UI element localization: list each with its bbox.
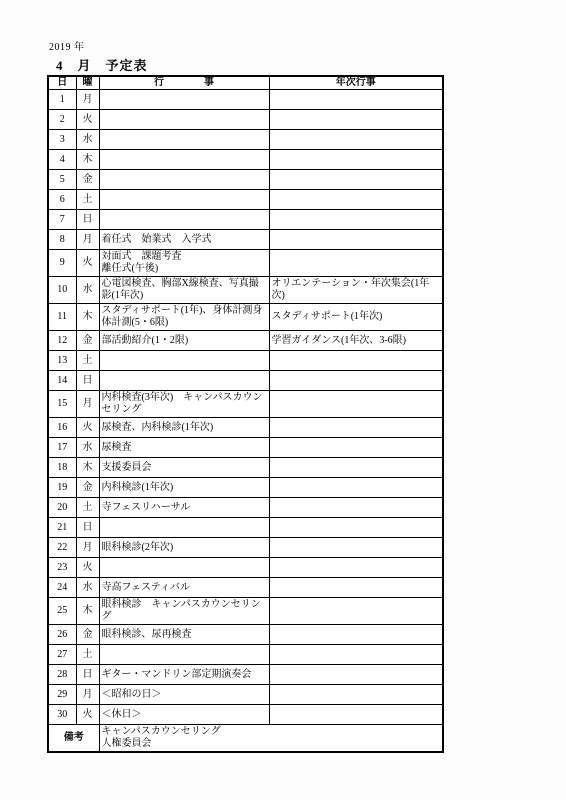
events-cell [99,351,269,371]
day-number-cell: 12 [48,331,76,351]
events-cell: 尿検査 [99,438,269,458]
schedule-page: 2019 年 4 月 予定表 日 曜 行 事 年次行事 1 月 2 火 [0,0,566,800]
weekday-cell: 月 [76,90,99,110]
events-cell [99,371,269,391]
weekday-cell: 日 [76,665,99,685]
events-cell [99,645,269,665]
table-row: 15 月 内科検査(3年次) キャンパスカウンセリング [48,391,443,418]
day-number-cell: 27 [48,645,76,665]
annual-events-cell [269,130,443,150]
weekday-cell: 土 [76,190,99,210]
day-number-cell: 16 [48,418,76,438]
day-number-cell: 25 [48,598,76,625]
title-block: 2019 年 4 月 予定表 [49,42,148,74]
weekday-cell: 木 [76,150,99,170]
table-row: 9 火 対面式 課題考査 離任式(午後) [48,250,443,277]
events-cell [99,518,269,538]
day-number-cell: 20 [48,498,76,518]
day-number-cell: 11 [48,304,76,331]
weekday-cell: 月 [76,230,99,250]
events-cell: 支援委員会 [99,458,269,478]
weekday-cell: 月 [76,685,99,705]
events-cell: 眼科検診(2年次) [99,538,269,558]
table-row: 10 水 心電図検査、胸部X線検査、写真撮影(1年次) オリエンテーション・年次… [48,277,443,304]
weekday-cell: 水 [76,277,99,304]
table-row: 16 火 尿検査、内科検診(1年次) [48,418,443,438]
day-number-cell: 8 [48,230,76,250]
events-cell: 眼科検診、尿再検査 [99,625,269,645]
schedule-table: 日 曜 行 事 年次行事 1 月 2 火 3 水 4 木 [47,75,444,753]
col-header-annual: 年次行事 [269,76,443,90]
events-cell [99,190,269,210]
day-number-cell: 21 [48,518,76,538]
annual-events-cell [269,170,443,190]
annual-events-cell [269,351,443,371]
day-number-cell: 9 [48,250,76,277]
col-header-day: 日 [48,76,76,90]
annual-events-cell [269,458,443,478]
annual-events-cell [269,645,443,665]
annual-events-cell [269,538,443,558]
events-cell: 寺高フェスティバル [99,578,269,598]
annual-events-cell [269,371,443,391]
events-cell: 内科検診(1年次) [99,478,269,498]
annual-events-cell [269,110,443,130]
table-row: 20 土 寺フェスリハーサル [48,498,443,518]
day-number-cell: 18 [48,458,76,478]
annual-events-cell [269,625,443,645]
day-number-cell: 14 [48,371,76,391]
weekday-cell: 日 [76,518,99,538]
annual-events-cell [269,478,443,498]
events-cell: 心電図検査、胸部X線検査、写真撮影(1年次) [99,277,269,304]
annual-events-cell [269,391,443,418]
weekday-cell: 火 [76,250,99,277]
table-row: 8 月 着任式 始業式 入学式 [48,230,443,250]
annual-events-cell: 学習ガイダンス(1年次、3-6限) [269,331,443,351]
weekday-cell: 火 [76,110,99,130]
table-row: 30 火 ＜休日＞ [48,705,443,725]
annual-events-cell [269,230,443,250]
table-row: 29 月 ＜昭和の日＞ [48,685,443,705]
weekday-cell: 木 [76,304,99,331]
annual-events-cell [269,598,443,625]
table-row: 5 金 [48,170,443,190]
weekday-cell: 水 [76,578,99,598]
events-cell [99,90,269,110]
table-row: 26 金 眼科検診、尿再検査 [48,625,443,645]
weekday-cell: 月 [76,391,99,418]
events-cell: 部活動紹介(1・2限) [99,331,269,351]
annual-events-cell [269,578,443,598]
events-cell [99,210,269,230]
annual-events-cell [269,90,443,110]
weekday-cell: 火 [76,705,99,725]
events-cell: スタディサポート(1年)、身体計測身体計測(5・6限) [99,304,269,331]
weekday-cell: 火 [76,418,99,438]
remarks-label: 備考 [48,725,99,753]
col-header-weekday: 曜 [76,76,99,90]
day-number-cell: 3 [48,130,76,150]
day-number-cell: 6 [48,190,76,210]
annual-events-cell [269,418,443,438]
weekday-cell: 月 [76,538,99,558]
day-number-cell: 30 [48,705,76,725]
day-number-cell: 22 [48,538,76,558]
table-footer: 備考 キャンパスカウンセリング 人権委員会 [48,725,443,753]
table-row: 21 日 [48,518,443,538]
table-row: 27 土 [48,645,443,665]
table-row: 6 土 [48,190,443,210]
annual-events-cell [269,250,443,277]
annual-events-cell [269,558,443,578]
annual-events-cell [269,665,443,685]
table-row: 19 金 内科検診(1年次) [48,478,443,498]
table-row: 18 木 支援委員会 [48,458,443,478]
events-cell: 寺フェスリハーサル [99,498,269,518]
events-cell: 眼科検診 キャンパスカウンセリング [99,598,269,625]
table-row: 2 火 [48,110,443,130]
day-number-cell: 2 [48,110,76,130]
day-number-cell: 23 [48,558,76,578]
weekday-cell: 火 [76,558,99,578]
weekday-cell: 土 [76,645,99,665]
annual-events-cell: スタディサポート(1年次) [269,304,443,331]
table-row: 3 水 [48,130,443,150]
table-row: 17 水 尿検査 [48,438,443,458]
events-cell [99,130,269,150]
remarks-row: 備考 キャンパスカウンセリング 人権委員会 [48,725,443,753]
table-row: 7 日 [48,210,443,230]
annual-events-cell [269,210,443,230]
annual-events-cell [269,705,443,725]
events-cell: ギター・マンドリン部定期演奏会 [99,665,269,685]
events-cell [99,170,269,190]
day-number-cell: 4 [48,150,76,170]
day-number-cell: 24 [48,578,76,598]
weekday-cell: 水 [76,438,99,458]
table-body: 1 月 2 火 3 水 4 木 5 金 6 土 [48,90,443,725]
table-row: 25 木 眼科検診 キャンパスカウンセリング [48,598,443,625]
weekday-cell: 水 [76,130,99,150]
events-cell: ＜休日＞ [99,705,269,725]
table-row: 12 金 部活動紹介(1・2限) 学習ガイダンス(1年次、3-6限) [48,331,443,351]
weekday-cell: 日 [76,210,99,230]
remarks-content: キャンパスカウンセリング 人権委員会 [99,725,443,753]
events-cell: ＜昭和の日＞ [99,685,269,705]
annual-events-cell [269,190,443,210]
table-row: 1 月 [48,90,443,110]
annual-events-cell [269,498,443,518]
header-row: 日 曜 行 事 年次行事 [48,76,443,90]
events-cell: 尿検査、内科検診(1年次) [99,418,269,438]
day-number-cell: 26 [48,625,76,645]
col-header-events: 行 事 [99,76,269,90]
month-schedule-title: 4 月 予定表 [56,58,148,74]
weekday-cell: 土 [76,498,99,518]
table-row: 11 木 スタディサポート(1年)、身体計測身体計測(5・6限) スタディサポー… [48,304,443,331]
weekday-cell: 金 [76,170,99,190]
weekday-cell: 土 [76,351,99,371]
weekday-cell: 金 [76,331,99,351]
table-row: 28 日 ギター・マンドリン部定期演奏会 [48,665,443,685]
events-cell [99,558,269,578]
annual-events-cell: オリエンテーション・年次集会(1年次) [269,277,443,304]
weekday-cell: 木 [76,598,99,625]
day-number-cell: 13 [48,351,76,371]
day-number-cell: 29 [48,685,76,705]
day-number-cell: 7 [48,210,76,230]
table-header: 日 曜 行 事 年次行事 [48,76,443,90]
events-cell: 内科検査(3年次) キャンパスカウンセリング [99,391,269,418]
day-number-cell: 10 [48,277,76,304]
table-row: 14 日 [48,371,443,391]
weekday-cell: 金 [76,625,99,645]
weekday-cell: 日 [76,371,99,391]
events-cell: 着任式 始業式 入学式 [99,230,269,250]
day-number-cell: 19 [48,478,76,498]
table-row: 13 土 [48,351,443,371]
annual-events-cell [269,518,443,538]
weekday-cell: 金 [76,478,99,498]
events-cell [99,150,269,170]
day-number-cell: 15 [48,391,76,418]
table-row: 4 木 [48,150,443,170]
annual-events-cell [269,438,443,458]
weekday-cell: 木 [76,458,99,478]
day-number-cell: 28 [48,665,76,685]
day-number-cell: 5 [48,170,76,190]
day-number-cell: 17 [48,438,76,458]
events-cell: 対面式 課題考査 離任式(午後) [99,250,269,277]
annual-events-cell [269,685,443,705]
table-row: 23 火 [48,558,443,578]
year-title: 2019 年 [49,42,148,54]
table-row: 24 水 寺高フェスティバル [48,578,443,598]
events-cell [99,110,269,130]
annual-events-cell [269,150,443,170]
table-row: 22 月 眼科検診(2年次) [48,538,443,558]
day-number-cell: 1 [48,90,76,110]
